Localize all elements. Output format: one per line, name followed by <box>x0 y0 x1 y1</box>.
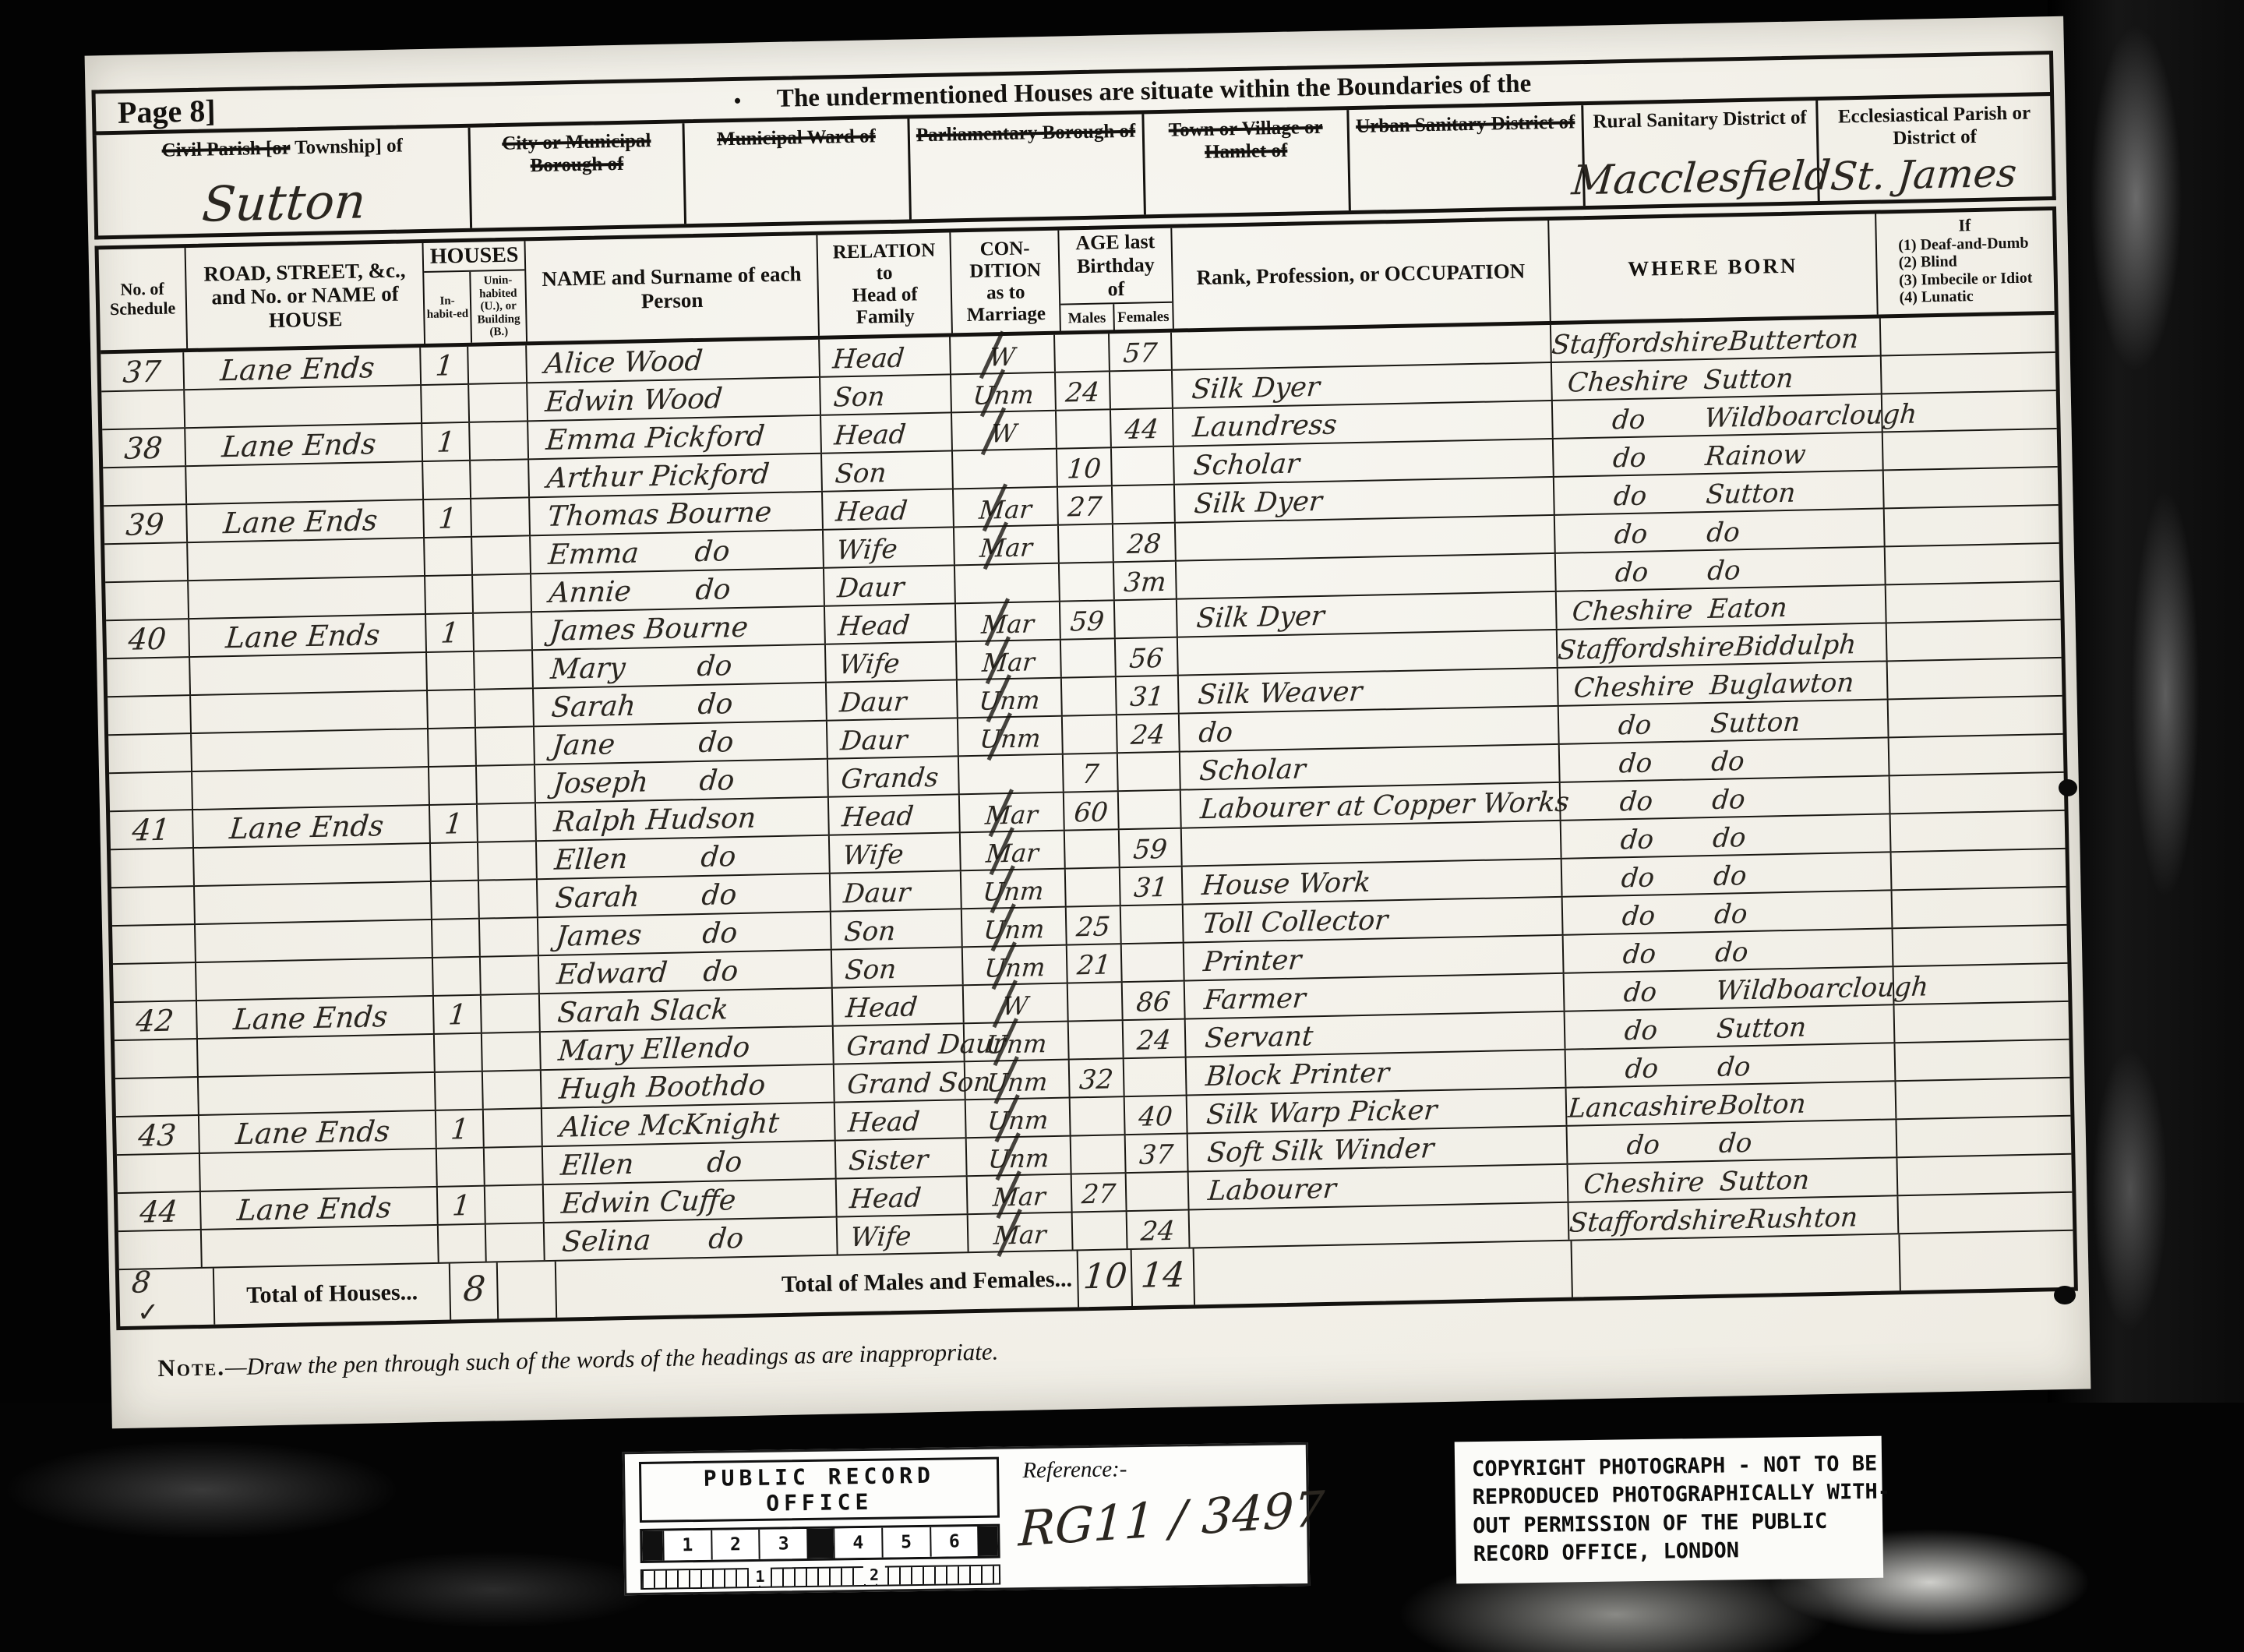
occupation-cell: Toll Collector <box>1181 898 1561 942</box>
inhabited-cell: 1 <box>435 1110 483 1148</box>
name-cell: Edwin Wood <box>526 378 820 421</box>
copyright-line: OUT PERMISSION OF THE PUBLIC <box>1473 1507 1882 1541</box>
age-male-cell <box>1060 677 1115 715</box>
road-cell <box>195 958 433 1000</box>
age-male-cell <box>1057 524 1112 562</box>
road-cell <box>189 691 428 732</box>
schedule-cell <box>101 390 184 429</box>
uninhabited-cell <box>479 956 538 994</box>
occupation-cell: do <box>1178 707 1558 751</box>
district-value <box>471 175 684 228</box>
relation-cell: Son <box>830 909 961 948</box>
infirmity-cell <box>1896 1155 2072 1195</box>
relation-cell: Head <box>831 986 962 1025</box>
road-cell <box>194 920 432 962</box>
inhabited-cell <box>430 881 478 919</box>
where-born-cell: dodo <box>1560 814 1889 857</box>
scale-cell: 2 <box>711 1530 759 1560</box>
name-cell: Alice Wood <box>525 340 819 383</box>
district-label: Rural Sanitary District of <box>1583 101 1816 134</box>
district-box: Civil Parish [or Township] ofSutton <box>97 128 470 236</box>
totals-males-females-label-cell: Total of Males and Females... <box>554 1251 1077 1317</box>
where-born-cell: CheshireEaton <box>1555 585 1885 628</box>
reference-number: RG11 / 3497 <box>1018 1484 1325 1553</box>
road-cell: Lane Ends <box>185 500 424 542</box>
col-males: Males <box>1061 304 1113 333</box>
uninhabited-cell <box>476 803 535 841</box>
age-female-cell <box>1122 1058 1185 1096</box>
col-age-group: AGE last Birthday of Males Females <box>1058 228 1173 331</box>
scale-cell: 1 <box>662 1530 711 1561</box>
age-female-cell: 44 <box>1110 409 1173 447</box>
uninhabited-cell <box>473 651 532 688</box>
district-box: Rural Sanitary District ofMacclesfield <box>1581 101 1817 206</box>
scale-cell: 4 <box>833 1528 881 1558</box>
where-born-cell: CheshireSutton <box>1551 357 1880 400</box>
uninhabited-cell <box>483 1147 542 1184</box>
footnote-prefix: Note. <box>157 1353 225 1382</box>
where-born-cell: dodo <box>1559 776 1889 819</box>
condition-cell: Mar <box>958 793 1063 832</box>
road-cell: Lane Ends <box>188 615 426 656</box>
houses-group-title: HOUSES <box>424 241 525 273</box>
col-females: Females <box>1113 303 1173 333</box>
road-cell <box>185 462 423 503</box>
totals-uninhabited-cell <box>496 1262 556 1318</box>
relation-cell: Wife <box>836 1215 967 1254</box>
age-female-cell <box>1119 905 1182 944</box>
uninhabited-cell <box>474 689 533 726</box>
inhabited-cell <box>433 1034 482 1071</box>
condition-cell: Unm <box>955 679 1060 718</box>
infirmity-cell <box>1889 811 2065 852</box>
age-female-cell: 40 <box>1123 1096 1186 1135</box>
condition-cell: Unm <box>964 1099 1069 1138</box>
inhabited-cell: 1 <box>432 996 481 1033</box>
uninhabited-cell <box>484 1185 543 1223</box>
ink-blot <box>2054 1286 2076 1304</box>
infirmity-cell <box>1887 735 2063 775</box>
condition-cell: Unm <box>956 717 1061 756</box>
name-cell: Ellendo <box>535 836 829 879</box>
occupation-cell <box>1170 325 1551 369</box>
totals-schedule-cell: 8 ✓ <box>119 1269 214 1326</box>
condition-cell: Unm <box>965 1137 1070 1176</box>
road-cell <box>189 653 427 694</box>
condition-cell <box>953 564 1058 603</box>
relation-cell: Head <box>824 604 954 643</box>
age-male-cell <box>1071 1212 1126 1249</box>
infirmity-cell <box>1891 926 2067 966</box>
infirmity-cell <box>1879 353 2055 394</box>
age-female-cell <box>1113 600 1176 638</box>
road-cell <box>198 1149 436 1191</box>
relation-cell: Head <box>835 1177 966 1216</box>
road-cell <box>186 538 425 580</box>
uninhabited-cell <box>472 612 531 650</box>
road-cell: Lane Ends <box>184 424 422 465</box>
name-cell: Emma Pickford <box>527 416 820 459</box>
infirmity-cell <box>1886 658 2062 699</box>
col-occupation: Rank, Profession, or OCCUPATION <box>1170 221 1549 329</box>
condition-cell: Mar <box>954 602 1059 641</box>
where-born-cell: doRainow <box>1552 432 1882 475</box>
district-value <box>910 143 1144 219</box>
uninhabited-cell <box>471 574 531 612</box>
age-female-cell: 24 <box>1121 1020 1184 1058</box>
infirmity-cell <box>1895 1117 2071 1157</box>
check-mark: ✓ <box>137 1297 160 1329</box>
col-inhabited: In-habit-ed <box>425 272 471 344</box>
inhabited-cell: 1 <box>422 499 471 537</box>
name-cell: Selinado <box>543 1218 837 1261</box>
district-value: Macclesfield <box>1584 129 1818 206</box>
where-born-cell: StaffordshireButterton <box>1550 319 1879 362</box>
inhabited-cell <box>425 652 474 690</box>
uninhabited-cell <box>467 383 527 421</box>
schedule-cell <box>108 696 190 734</box>
age-male-cell: 27 <box>1056 486 1111 524</box>
district-handwritten-value <box>798 217 799 221</box>
age-male-cell: 10 <box>1055 448 1110 485</box>
district-handwritten-value: St. James <box>1829 154 2018 201</box>
age-male-cell <box>1060 715 1116 753</box>
road-cell <box>191 768 429 809</box>
totals-females-value-cell: 14 <box>1131 1248 1194 1306</box>
uninhabited-cell <box>482 1109 542 1146</box>
col-name: NAME and Surname of each Person <box>524 235 818 341</box>
occupation-cell: Silk Dyer <box>1171 363 1551 408</box>
uninhabited-cell <box>478 918 538 955</box>
inhabited-cell: 1 <box>429 805 477 842</box>
name-cell: Ellendo <box>542 1142 835 1184</box>
age-female-cell: 37 <box>1124 1135 1187 1173</box>
pro-stamp-strip: PUBLIC RECORD OFFICE 123456 1 2 Referenc… <box>623 1435 1886 1599</box>
age-female-cell <box>1117 791 1180 829</box>
inhabited-cell <box>420 385 468 422</box>
infirmity-cell <box>1883 544 2059 584</box>
schedule-cell <box>105 581 188 619</box>
where-born-cell: doWildboarclough <box>1551 394 1881 437</box>
condition-cell: Unm <box>950 373 1055 412</box>
uninhabited-cell <box>481 1032 540 1070</box>
copyright-notice: COPYRIGHT PHOTOGRAPH - NOT TO BEREPRODUC… <box>1455 1436 1883 1584</box>
schedule-cell: 37 <box>101 352 183 390</box>
district-handwritten-value <box>1467 203 1468 208</box>
infirmity-cell <box>1879 315 2055 355</box>
age-female-cell <box>1110 447 1173 485</box>
road-cell <box>199 1226 438 1267</box>
age-female-cell <box>1109 371 1172 409</box>
relation-cell: Daur <box>829 871 960 910</box>
col-houses-group: HOUSES In-habit-ed Unin-habited (U.), or… <box>422 241 526 344</box>
age-female-cell: 31 <box>1114 676 1177 715</box>
road-cell: Lane Ends <box>197 1111 436 1153</box>
age-female-cell <box>1116 753 1179 791</box>
condition-cell: Mar <box>951 488 1057 527</box>
pro-office-title: PUBLIC RECORD OFFICE <box>639 1457 1000 1523</box>
totals-houses-label-cell: Total of Houses... <box>213 1264 450 1325</box>
district-handwritten-value <box>1247 208 1248 213</box>
inhabited-cell <box>424 576 472 613</box>
schedule-cell: 42 <box>114 1001 196 1040</box>
relation-cell: Wife <box>822 528 953 567</box>
schedule-cell: 43 <box>116 1116 199 1154</box>
age-male-cell: 25 <box>1064 906 1120 944</box>
occupation-cell: Silk Dyer <box>1176 592 1556 637</box>
age-female-cell: 56 <box>1113 638 1177 676</box>
schedule-cell <box>104 543 187 581</box>
road-cell <box>183 386 422 427</box>
road-cell <box>197 1073 436 1114</box>
relation-cell: Wife <box>824 642 955 681</box>
uninhabited-cell <box>485 1223 544 1261</box>
occupation-cell: Servant <box>1184 1012 1564 1057</box>
occupation-cell: House Work <box>1180 860 1561 904</box>
schedule-cell: 44 <box>118 1192 200 1230</box>
condition-cell: W <box>949 335 1054 374</box>
relation-cell: Head <box>834 1100 965 1139</box>
totals-occupation-cell <box>1193 1241 1572 1305</box>
condition-cell: Unm <box>962 1022 1067 1061</box>
age-male-cell: 24 <box>1054 372 1110 409</box>
road-cell <box>193 882 432 923</box>
inhabited-cell: 1 <box>425 614 473 651</box>
road-cell: Lane Ends <box>192 806 430 847</box>
public-record-office-stamp: PUBLIC RECORD OFFICE 123456 1 2 Referenc… <box>623 1442 1310 1595</box>
scale-number: 1 <box>749 1567 771 1586</box>
where-born-cell: dodo <box>1561 852 1890 895</box>
uninhabited-cell <box>471 536 530 574</box>
district-label: Parliamentary Borough of <box>909 114 1142 147</box>
where-born-cell: CheshireBuglawton <box>1557 662 1886 704</box>
district-handwritten-value: Sutton <box>199 177 367 233</box>
page-title-text: The undermentioned Houses are situate wi… <box>777 69 1532 112</box>
col-road: ROAD, STREET, &c., and No. or NAME of HO… <box>185 243 425 348</box>
infirmity-cell <box>1896 1193 2073 1234</box>
district-handwritten-value: Macclesfield <box>1570 156 1833 206</box>
occupation-cell <box>1177 630 1557 675</box>
where-born-cell: dodo <box>1558 738 1888 781</box>
totals-born-cell <box>1571 1234 1900 1297</box>
occupation-cell <box>1180 821 1561 866</box>
name-cell: Ralph Hudson <box>535 798 828 841</box>
name-cell: James Bourne <box>531 607 824 650</box>
district-box: Ecclesiastical Parish or District ofSt. … <box>1815 96 2052 201</box>
uninhabited-cell <box>469 460 528 497</box>
schedule-cell <box>111 849 193 887</box>
name-cell: Anniedo <box>530 569 824 612</box>
measuring-scale-fine: 1 2 <box>640 1565 1000 1590</box>
where-born-cell: dodo <box>1562 929 1892 972</box>
district-label: Municipal Ward of <box>685 118 908 151</box>
condition-cell: Mar <box>954 641 1060 680</box>
scale-cell: 5 <box>881 1527 930 1558</box>
where-born-cell: StaffordshireBiddulph <box>1556 623 1886 666</box>
name-cell: Marydo <box>531 645 825 688</box>
age-female-cell <box>1110 485 1173 524</box>
occupation-cell <box>1187 1203 1568 1248</box>
schedule-cell <box>107 658 189 696</box>
road-cell: Lane Ends <box>196 997 434 1038</box>
occupation-cell: Scholar <box>1179 745 1559 789</box>
uninhabited-cell <box>482 1071 541 1108</box>
title-bullet: • <box>734 90 742 113</box>
road-cell <box>196 1035 435 1076</box>
age-male-cell <box>1068 1097 1124 1135</box>
infirmity-cell <box>1886 697 2062 737</box>
infirmity-cell <box>1882 468 2058 508</box>
occupation-cell: Silk Warp Picker <box>1185 1089 1565 1133</box>
census-page: Page 8] •The undermentioned Houses are s… <box>85 16 2091 1429</box>
uninhabited-cell <box>477 842 536 879</box>
relation-cell: Daur <box>826 718 957 757</box>
occupation-cell: Block Printer <box>1184 1050 1565 1095</box>
where-born-cell: doSutton <box>1558 700 1887 743</box>
condition-cell: W <box>951 411 1056 450</box>
district-label: City or Municipal Borough of <box>470 123 683 178</box>
col-relation: RELATION to Head of Family <box>816 232 951 335</box>
condition-cell: Mar <box>958 831 1064 870</box>
schedule-cell <box>115 1040 197 1078</box>
inhabited-cell <box>434 1072 482 1110</box>
where-born-cell: dodo <box>1554 509 1883 552</box>
occupation-cell: Labourer <box>1187 1165 1567 1209</box>
road-cell: Lane Ends <box>182 348 421 389</box>
infirmity-cell <box>1880 391 2056 432</box>
occupation-cell: Farmer <box>1183 974 1563 1018</box>
road-cell <box>192 844 431 885</box>
uninhabited-cell <box>468 422 527 459</box>
age-male-cell <box>1063 830 1118 867</box>
infirmity-cell <box>1888 773 2064 814</box>
relation-cell: Son <box>831 948 961 987</box>
totals-houses-value-cell: 8 <box>449 1262 497 1319</box>
inhabited-cell <box>429 843 478 881</box>
schedule-cell <box>111 887 194 925</box>
schedule-cell: 39 <box>104 505 186 543</box>
condition-cell <box>951 450 1056 489</box>
district-box: Municipal Ward of <box>683 118 909 224</box>
district-box: Urban Sanitary District of <box>1346 105 1582 210</box>
condition-cell: Unm <box>959 870 1064 909</box>
totals-males-value-cell: 10 <box>1076 1250 1131 1307</box>
district-box: Parliamentary Borough of <box>907 114 1143 219</box>
age-female-cell: 3m <box>1112 562 1175 600</box>
where-born-cell: CheshireSutton <box>1567 1158 1896 1201</box>
infirmity-cell <box>1893 1040 2069 1081</box>
occupation-cell: Labourer at Copper Works <box>1180 783 1560 828</box>
age-female-cell: 24 <box>1125 1211 1188 1249</box>
where-born-cell: dodo <box>1565 1043 1894 1086</box>
district-value <box>1350 134 1583 210</box>
relation-cell: Son <box>819 375 950 414</box>
uninhabited-cell <box>470 498 529 535</box>
relation-cell: Head <box>827 795 958 834</box>
age-male-cell: 21 <box>1065 944 1120 982</box>
col-uninhabited: Unin-habited (U.), or Building (B.) <box>469 270 526 342</box>
age-male-cell <box>1067 1021 1122 1058</box>
uninhabited-cell <box>480 994 539 1032</box>
inhabited-cell <box>422 461 470 499</box>
uninhabited-cell <box>475 765 535 803</box>
schedule-cell <box>117 1154 199 1192</box>
age-male-cell: 60 <box>1062 792 1117 829</box>
inhabited-cell: 1 <box>421 423 469 461</box>
infirmity-cell <box>1892 964 2068 1004</box>
district-value <box>1145 161 1349 215</box>
where-born-cell: doWildboarclough <box>1563 967 1893 1010</box>
name-cell: Sarahdo <box>532 683 826 726</box>
occupation-cell <box>1174 516 1554 560</box>
ink-blot <box>2059 779 2077 796</box>
relation-cell: Daur <box>825 680 956 719</box>
inhabited-cell <box>428 767 476 804</box>
age-male-cell: 59 <box>1058 601 1113 638</box>
schedule-cell <box>108 734 191 772</box>
relation-cell: Grands <box>827 757 958 796</box>
district-handwritten-value <box>1027 212 1028 217</box>
infirmity-cell <box>1889 849 2066 890</box>
schedule-cell <box>118 1230 201 1269</box>
name-cell: Emmado <box>529 531 823 574</box>
age-male-cell <box>1059 639 1114 676</box>
name-cell: Sarah Slack <box>538 989 832 1032</box>
schedule-cell <box>103 467 185 505</box>
infirmity-heading: If <box>1958 215 1971 235</box>
road-cell <box>187 577 425 618</box>
inhabited-cell <box>426 690 475 728</box>
age-male-cell: 27 <box>1070 1174 1125 1211</box>
age-male-cell <box>1054 410 1110 447</box>
infirmity-cell <box>1890 888 2066 928</box>
uninhabited-cell <box>475 727 534 764</box>
name-cell: Sarahdo <box>536 874 830 917</box>
age-male-cell <box>1069 1135 1124 1173</box>
schedule-cell <box>113 963 196 1001</box>
condition-cell: Unm <box>961 946 1066 985</box>
infirmity-cell <box>1893 1002 2069 1043</box>
table-body: 37Lane Ends1Alice WoodHeadW57Staffordshi… <box>101 315 2073 1270</box>
age-group-title: AGE last Birthday of <box>1060 228 1173 304</box>
col-schedule: No. of Schedule <box>99 248 187 350</box>
age-male-cell: 7 <box>1061 754 1117 791</box>
where-born-cell: doSutton <box>1553 471 1882 514</box>
col-where-born: WHERE BORN <box>1547 214 1877 321</box>
name-cell: Janedo <box>533 722 827 764</box>
census-table: No. of Schedule ROAD, STREET, &c., and N… <box>94 206 2077 1330</box>
footnote-body: —Draw the pen through such of the words … <box>225 1337 999 1380</box>
name-cell: Alice McKnight <box>541 1103 834 1146</box>
district-value <box>686 147 909 224</box>
schedule-cell <box>109 772 192 810</box>
inhabited-cell <box>427 729 475 766</box>
name-cell: Edwin Cuffe <box>542 1180 836 1223</box>
age-male-cell <box>1066 983 1121 1020</box>
condition-cell: Mar <box>952 526 1057 565</box>
age-female-cell: 24 <box>1115 715 1178 753</box>
condition-cell: Unm <box>960 908 1065 947</box>
copyright-line: RECORD OFFICE, LONDON <box>1473 1535 1882 1569</box>
inhabited-cell <box>432 958 480 995</box>
occupation-cell: Scholar <box>1173 439 1553 484</box>
where-born-cell: dodo <box>1561 891 1891 934</box>
infirmity-cell <box>1885 620 2061 661</box>
schedule-cell: 40 <box>106 619 189 658</box>
col-condition: CON- DITION as to Marriage <box>950 231 1060 334</box>
district-box: Town or Village or Hamlet of <box>1141 110 1349 214</box>
scale-number: 2 <box>863 1566 885 1584</box>
